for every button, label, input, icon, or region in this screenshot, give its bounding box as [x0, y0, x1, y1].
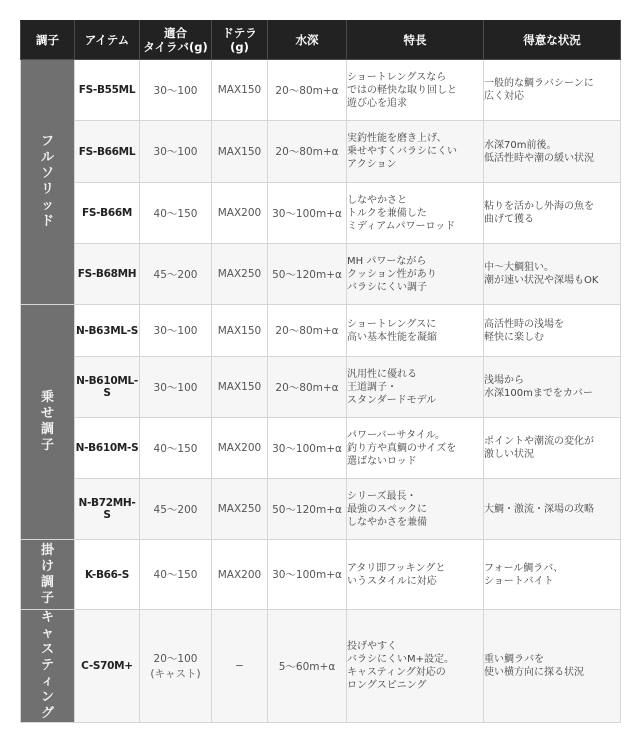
dotera-max: MAX200: [212, 183, 268, 244]
table-row: FS-B66M 40〜150 MAX200 30〜100m+α しなやかさと ト…: [21, 183, 621, 244]
feature-text: MH パワーながら クッション性があり バラシにくい調子: [347, 244, 484, 305]
header-row: 調子 アイテム 適合 タイラバ(g) ドテラ (g) 水深 特長 得意な状況: [21, 21, 621, 60]
situation-text: 高活性時の浅場を 軽快に楽しむ: [484, 305, 621, 357]
table-row: フルソリッド FS-B55ML 30〜100 MAX150 20〜80m+α シ…: [21, 60, 621, 121]
situation-text: 粘りを活かし外海の魚を 曲げて獲る: [484, 183, 621, 244]
item-name: N-B72MH-S: [75, 479, 140, 540]
group-label: フルソリッド: [41, 134, 55, 230]
feature-text: 実釣性能を磨き上げ、 乗せやすくバラシにくい アクション: [347, 121, 484, 183]
tairaba-range: 30〜100: [140, 357, 212, 418]
depth-range: 30〜100m+α: [268, 183, 347, 244]
dotera-max: MAX200: [212, 418, 268, 479]
item-name: FS-B66M: [75, 183, 140, 244]
feature-text: アタリ即フッキングと いうスタイルに対応: [347, 540, 484, 610]
situation-text: 水深70m前後。 低活性時や潮の緩い状況: [484, 121, 621, 183]
feature-text: シリーズ最長・ 最強のスペックに しなやかさを兼備: [347, 479, 484, 540]
tairaba-range: 30〜100: [140, 60, 212, 121]
dotera-max: MAX250: [212, 479, 268, 540]
depth-range: 20〜80m+α: [268, 121, 347, 183]
feature-text: しなやかさと トルクを兼備した ミディアムパワーロッド: [347, 183, 484, 244]
feature-text: パワーバーサタイル。 釣り方や真鯛のサイズを 選ばないロッド: [347, 418, 484, 479]
depth-range: 20〜80m+α: [268, 60, 347, 121]
situation-text: 浅場から 水深100mまでをカバー: [484, 357, 621, 418]
item-name: N-B63ML-S: [75, 305, 140, 357]
group-label: 乗せ調子: [41, 390, 55, 454]
item-name: FS-B66ML: [75, 121, 140, 183]
header-feature: 特長: [347, 21, 484, 60]
item-name: FS-B55ML: [75, 60, 140, 121]
situation-text: 中〜大鯛狙い。 潮が速い状況や深場もOK: [484, 244, 621, 305]
depth-range: 5〜60m+α: [268, 610, 347, 723]
rod-spec-table: 調子 アイテム 適合 タイラバ(g) ドテラ (g) 水深 特長 得意な状況 フ…: [20, 20, 621, 723]
dotera-max: MAX150: [212, 305, 268, 357]
depth-range: 50〜120m+α: [268, 479, 347, 540]
tairaba-range: 40〜150: [140, 540, 212, 610]
feature-text: ショートレングスに 高い基本性能を凝縮: [347, 305, 484, 357]
feature-text: 投げやすく バラシにくいM+設定。 キャスティング対応の ロングスピニング: [347, 610, 484, 723]
group-full-solid: フルソリッド: [21, 60, 75, 305]
tairaba-range: 30〜100: [140, 305, 212, 357]
depth-range: 20〜80m+α: [268, 305, 347, 357]
feature-text: ショートレングスなら ではの軽快な取り回しと 遊び心を追求: [347, 60, 484, 121]
group-casting: キャスティング: [21, 610, 75, 723]
depth-range: 50〜120m+α: [268, 244, 347, 305]
table-row: N-B72MH-S 45〜200 MAX250 50〜120m+α シリーズ最長…: [21, 479, 621, 540]
dotera-max: MAX250: [212, 244, 268, 305]
tairaba-range: 30〜100: [140, 121, 212, 183]
header-action: 調子: [21, 21, 75, 60]
situation-text: 重い鯛ラバを 使い横方向に探る状況: [484, 610, 621, 723]
tairaba-range: 45〜200: [140, 244, 212, 305]
item-name: N-B610M-S: [75, 418, 140, 479]
dotera-max: MAX150: [212, 357, 268, 418]
depth-range: 20〜80m+α: [268, 357, 347, 418]
table-row: キャスティング C-S70M+ 20〜100 (キャスト) − 5〜60m+α …: [21, 610, 621, 723]
table-row: FS-B66ML 30〜100 MAX150 20〜80m+α 実釣性能を磨き上…: [21, 121, 621, 183]
dotera-max: MAX200: [212, 540, 268, 610]
table-row: FS-B68MH 45〜200 MAX250 50〜120m+α MH パワーな…: [21, 244, 621, 305]
tairaba-range: 40〜150: [140, 183, 212, 244]
item-name: C-S70M+: [75, 610, 140, 723]
dotera-max: −: [212, 610, 268, 723]
dotera-max: MAX150: [212, 60, 268, 121]
table-row: N-B610ML-S 30〜100 MAX150 20〜80m+α 汎用性に優れ…: [21, 357, 621, 418]
situation-text: 一般的な鯛ラバシーンに 広く対応: [484, 60, 621, 121]
item-name: FS-B68MH: [75, 244, 140, 305]
group-label: キャスティング: [41, 610, 55, 722]
header-depth: 水深: [268, 21, 347, 60]
table-row: N-B610M-S 40〜150 MAX200 30〜100m+α パワーバーサ…: [21, 418, 621, 479]
header-item: アイテム: [75, 21, 140, 60]
table-row: 乗せ調子 N-B63ML-S 30〜100 MAX150 20〜80m+α ショ…: [21, 305, 621, 357]
header-tairaba: 適合 タイラバ(g): [140, 21, 212, 60]
dotera-max: MAX150: [212, 121, 268, 183]
feature-text: 汎用性に優れる 王道調子・ スタンダードモデル: [347, 357, 484, 418]
situation-text: 大鯛・激流・深場の攻略: [484, 479, 621, 540]
item-name: N-B610ML-S: [75, 357, 140, 418]
item-name: K-B66-S: [75, 540, 140, 610]
group-label: 掛け調子: [41, 543, 55, 607]
header-dotera: ドテラ (g): [212, 21, 268, 60]
depth-range: 30〜100m+α: [268, 418, 347, 479]
situation-text: フォール鯛ラバ、 ショートバイト: [484, 540, 621, 610]
group-hook-action: 掛け調子: [21, 540, 75, 610]
header-situation: 得意な状況: [484, 21, 621, 60]
depth-range: 30〜100m+α: [268, 540, 347, 610]
table-row: 掛け調子 K-B66-S 40〜150 MAX200 30〜100m+α アタリ…: [21, 540, 621, 610]
tairaba-range: 45〜200: [140, 479, 212, 540]
tairaba-range: 40〜150: [140, 418, 212, 479]
group-nose-action: 乗せ調子: [21, 305, 75, 540]
situation-text: ポイントや潮流の変化が 激しい状況: [484, 418, 621, 479]
tairaba-range: 20〜100 (キャスト): [140, 610, 212, 723]
